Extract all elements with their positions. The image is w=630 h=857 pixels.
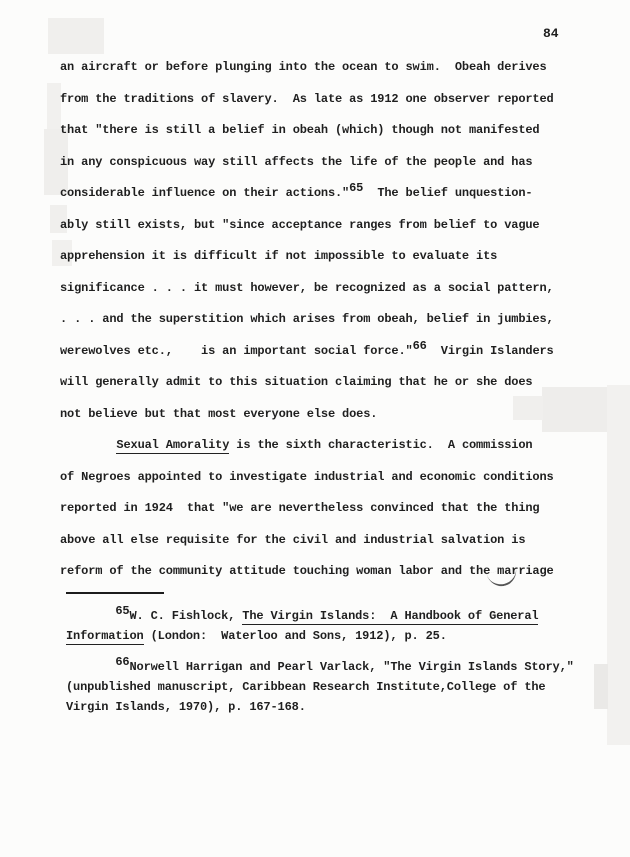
footnote-65: 65W. C. Fishlock, The Virgin Islands: A … <box>66 606 606 646</box>
underlined-text: Information <box>66 629 144 645</box>
text-segment: considerable influence on their actions.… <box>60 186 349 200</box>
scan-artifact <box>47 83 61 129</box>
text-line: significance . . . it must however, be r… <box>60 273 600 305</box>
text-segment: an aircraft or before plunging into the … <box>60 60 547 74</box>
text-segment: apprehension it is difficult if not impo… <box>60 249 497 263</box>
text-line: . . . and the superstition which arises … <box>60 304 600 336</box>
paragraph-obeah: an aircraft or before plunging into the … <box>60 52 600 430</box>
text-segment: that "there is still a belief in obeah (… <box>60 123 539 137</box>
text-line: an aircraft or before plunging into the … <box>60 52 600 84</box>
text-segment: (unpublished manuscript, Caribbean Resea… <box>66 680 545 694</box>
text-line: above all else requisite for the civil a… <box>60 525 600 557</box>
text-segment: reform of the community attitude touchin… <box>60 564 554 578</box>
footnote-marker: 66 <box>115 655 129 669</box>
text-segment <box>66 660 115 674</box>
text-segment: reported in 1924 that "we are neverthele… <box>60 501 539 515</box>
text-line: 66Norwell Harrigan and Pearl Varlack, "T… <box>66 657 606 677</box>
text-segment <box>60 438 116 452</box>
text-segment: W. C. Fishlock, <box>129 609 242 623</box>
text-segment: above all else requisite for the civil a… <box>60 533 525 547</box>
underlined-text: The Virgin Islands: A Handbook of Genera… <box>242 609 538 625</box>
text-line: Virgin Islands, 1970), p. 167-168. <box>66 697 606 717</box>
text-line: from the traditions of slavery. As late … <box>60 84 600 116</box>
footnote-66: 66Norwell Harrigan and Pearl Varlack, "T… <box>66 657 606 717</box>
document-page: 84 an aircraft or before plunging into t… <box>0 0 630 857</box>
text-line: not believe but that most everyone else … <box>60 399 600 431</box>
paragraph-sexual-amorality: Sexual Amorality is the sixth characteri… <box>60 430 600 588</box>
text-line: ably still exists, but "since acceptance… <box>60 210 600 242</box>
text-line: considerable influence on their actions.… <box>60 178 600 210</box>
text-segment: werewolves etc., is an important social … <box>60 344 413 358</box>
text-segment: of Negroes appointed to investigate indu… <box>60 470 554 484</box>
footnote-marker: 65 <box>349 181 363 195</box>
text-line: Information (London: Waterloo and Sons, … <box>66 626 606 646</box>
text-segment: significance . . . it must however, be r… <box>60 281 554 295</box>
text-line: of Negroes appointed to investigate indu… <box>60 462 600 494</box>
text-line: in any conspicuous way still affects the… <box>60 147 600 179</box>
text-segment: (London: Waterloo and Sons, 1912), p. 25… <box>144 629 447 643</box>
footnote-marker: 65 <box>115 604 129 618</box>
text-line: reform of the community attitude touchin… <box>60 556 600 588</box>
page-number: 84 <box>543 26 559 41</box>
text-segment: The belief unquestion- <box>363 186 532 200</box>
text-segment: will generally admit to this situation c… <box>60 375 532 389</box>
text-segment: Virgin Islanders <box>427 344 554 358</box>
footnotes: 65W. C. Fishlock, The Virgin Islands: A … <box>66 606 606 717</box>
underlined-text: Sexual Amorality <box>116 438 229 454</box>
scan-artifact <box>607 385 630 745</box>
text-segment: from the traditions of slavery. As late … <box>60 92 554 106</box>
text-segment: not believe but that most everyone else … <box>60 407 377 421</box>
text-segment: . . . and the superstition which arises … <box>60 312 554 326</box>
text-segment <box>66 609 115 623</box>
text-segment: ably still exists, but "since acceptance… <box>60 218 539 232</box>
text-line: apprehension it is difficult if not impo… <box>60 241 600 273</box>
scan-artifact <box>48 18 104 54</box>
text-line: that "there is still a belief in obeah (… <box>60 115 600 147</box>
text-segment: in any conspicuous way still affects the… <box>60 155 532 169</box>
text-segment: Virgin Islands, 1970), p. 167-168. <box>66 700 306 714</box>
text-line: will generally admit to this situation c… <box>60 367 600 399</box>
footnote-separator <box>66 592 164 594</box>
body-text: an aircraft or before plunging into the … <box>60 52 600 588</box>
text-segment: Norwell Harrigan and Pearl Varlack, "The… <box>129 660 573 674</box>
text-line: werewolves etc., is an important social … <box>60 336 600 368</box>
text-line: (unpublished manuscript, Caribbean Resea… <box>66 677 606 697</box>
text-line: reported in 1924 that "we are neverthele… <box>60 493 600 525</box>
text-line: 65W. C. Fishlock, The Virgin Islands: A … <box>66 606 606 626</box>
text-line: Sexual Amorality is the sixth characteri… <box>60 430 600 462</box>
text-segment: is the sixth characteristic. A commissio… <box>229 438 532 452</box>
footnote-marker: 66 <box>413 339 427 353</box>
